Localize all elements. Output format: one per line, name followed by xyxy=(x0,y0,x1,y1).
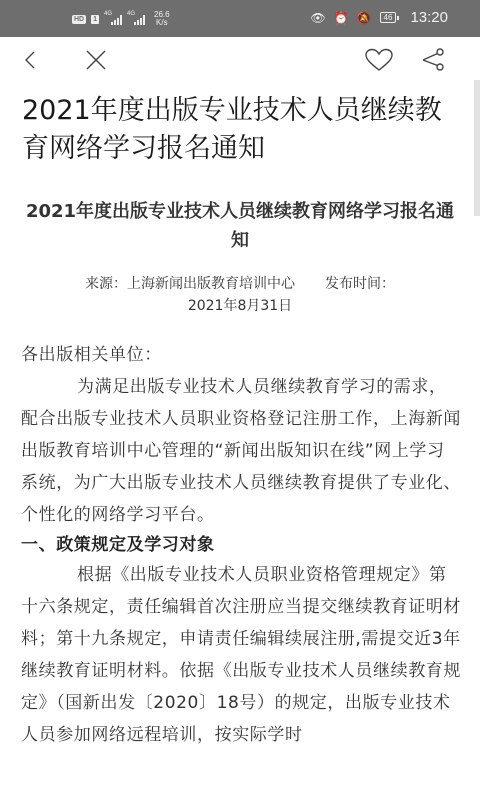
article-meta: 来源：上海新闻出版教育培训中心发布时间： 2021年8月31日 xyxy=(20,273,460,317)
chevron-left-icon xyxy=(20,50,40,70)
paragraph: 为满足出版专业技术人员继续教育学习的需求，配合出版专业技术人员职业资格登记注册工… xyxy=(21,371,461,531)
source-label: 来源： xyxy=(85,276,127,292)
mute-icon: 🔕 xyxy=(357,11,372,25)
close-button[interactable] xyxy=(81,45,111,75)
source-value: 上海新闻出版教育培训中心 xyxy=(127,276,295,292)
back-button[interactable] xyxy=(15,45,45,75)
close-icon xyxy=(85,49,107,71)
signal-icon-2: 4G xyxy=(127,14,145,25)
battery-icon: 46 xyxy=(380,12,397,23)
status-right: 👁 ⏰ 🔕 46 13:20 xyxy=(310,9,448,26)
alarm-icon: ⏰ xyxy=(334,11,349,25)
browser-toolbar xyxy=(0,37,480,83)
article-body: 各出版相关单位： 为满足出版专业技术人员继续教育学习的需求，配合出版专业技术人员… xyxy=(21,339,461,751)
publish-label: 发布时间： xyxy=(325,276,395,292)
hd-icon: HD xyxy=(72,15,86,24)
publish-date: 2021年8月31日 xyxy=(188,298,292,314)
eye-icon: 👁 xyxy=(310,11,325,25)
share-icon xyxy=(421,48,445,72)
status-left: HD 1 4G 4G 26.6 K/s xyxy=(72,11,170,27)
scrollbar[interactable] xyxy=(474,80,480,216)
paragraph: 根据《出版专业技术人员职业资格管理规定》第十六条规定，责任编辑首次注册应当提交继… xyxy=(21,559,461,751)
favorite-button[interactable] xyxy=(364,45,394,75)
sim-icon: 1 xyxy=(91,15,99,24)
salutation: 各出版相关单位： xyxy=(21,339,461,371)
network-speed: 26.6 K/s xyxy=(154,11,170,27)
share-button[interactable] xyxy=(418,45,448,75)
signal-icon-1: 4G xyxy=(104,14,122,25)
heart-icon xyxy=(364,48,394,72)
article-title: 2021年度出版专业技术人员继续教育网络学习报名通知 xyxy=(20,197,460,255)
status-bar: HD 1 4G 4G 26.6 K/s 👁 ⏰ 🔕 46 13:20 xyxy=(0,0,480,37)
clock: 13:20 xyxy=(410,9,448,26)
page-title: 2021年度出版专业技术人员继续教育网络学习报名通知 xyxy=(22,92,452,168)
section-heading: 一、政策规定及学习对象 xyxy=(21,531,461,559)
